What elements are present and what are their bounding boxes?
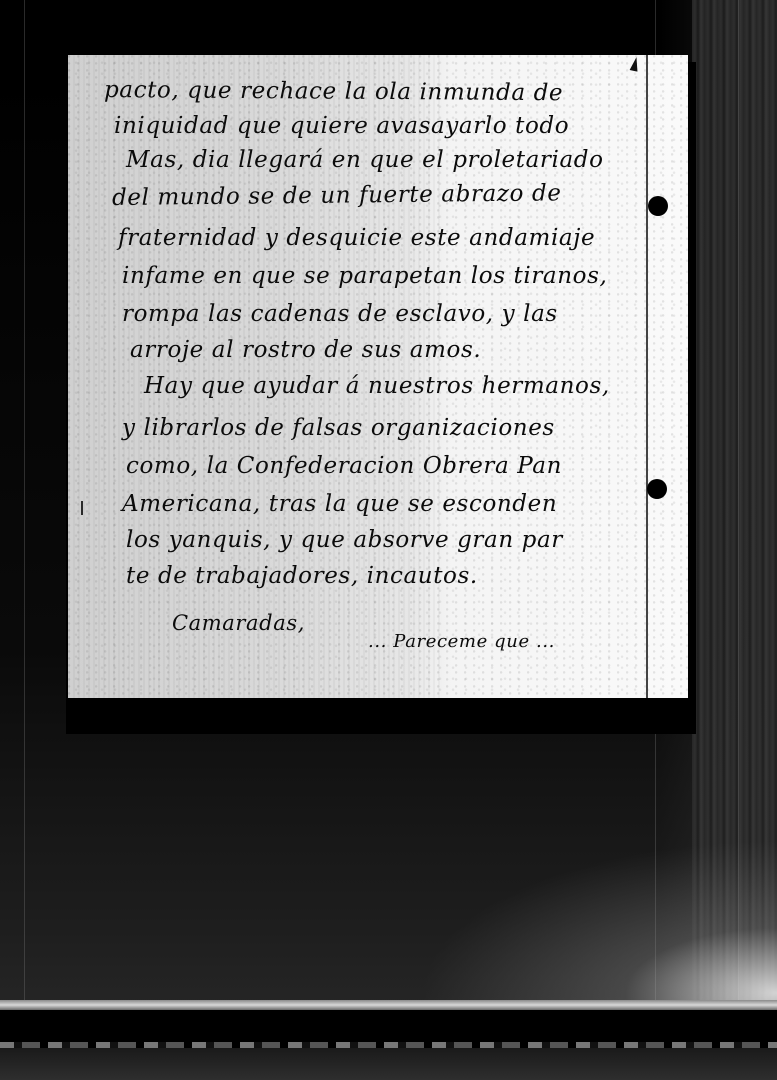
- text-line: los yanquis, y que absorve gran par: [126, 527, 563, 553]
- text-line: Americana, tras la que se esconden: [122, 491, 557, 517]
- text-line: como, la Confederacion Obrera Pan: [126, 453, 562, 479]
- text-line: te de trabajadores, incautos.: [126, 563, 478, 589]
- film-light-leak: [420, 840, 777, 1010]
- text-line: Hay que ayudar á nuestros hermanos,: [144, 373, 610, 399]
- film-edge-lower: [0, 1048, 777, 1080]
- text-line: y librarlos de falsas organizaciones: [122, 415, 555, 441]
- text-line: pacto, que rechace la ola inmunda de: [104, 77, 563, 106]
- text-line: del mundo se de un fuerte abrazo de: [112, 180, 562, 211]
- text-line: fraternidad y desquicie este andamiaje: [118, 225, 595, 251]
- text-line: iniquidad que quiere avasayarlo todo: [114, 113, 569, 139]
- text-line: infame en que se parapetan los tiranos,: [122, 263, 607, 289]
- text-line: Mas, dia llegará en que el proletariado: [126, 147, 604, 173]
- text-line: rompa las cadenas de esclavo, y las: [122, 301, 558, 327]
- handwritten-text: pacto, que rechace la ola inmunda de ini…: [68, 55, 688, 698]
- film-edge-band: [0, 1010, 777, 1042]
- text-line: ... Pareceme que ...: [368, 631, 555, 652]
- film-edge-highlight: [0, 1000, 777, 1010]
- film-scratch-line: [24, 0, 25, 1080]
- handwritten-page: pacto, que rechace la ola inmunda de ini…: [68, 55, 688, 698]
- salutation-line: Camaradas,: [172, 611, 305, 635]
- text-line: arroje al rostro de sus amos.: [130, 337, 481, 363]
